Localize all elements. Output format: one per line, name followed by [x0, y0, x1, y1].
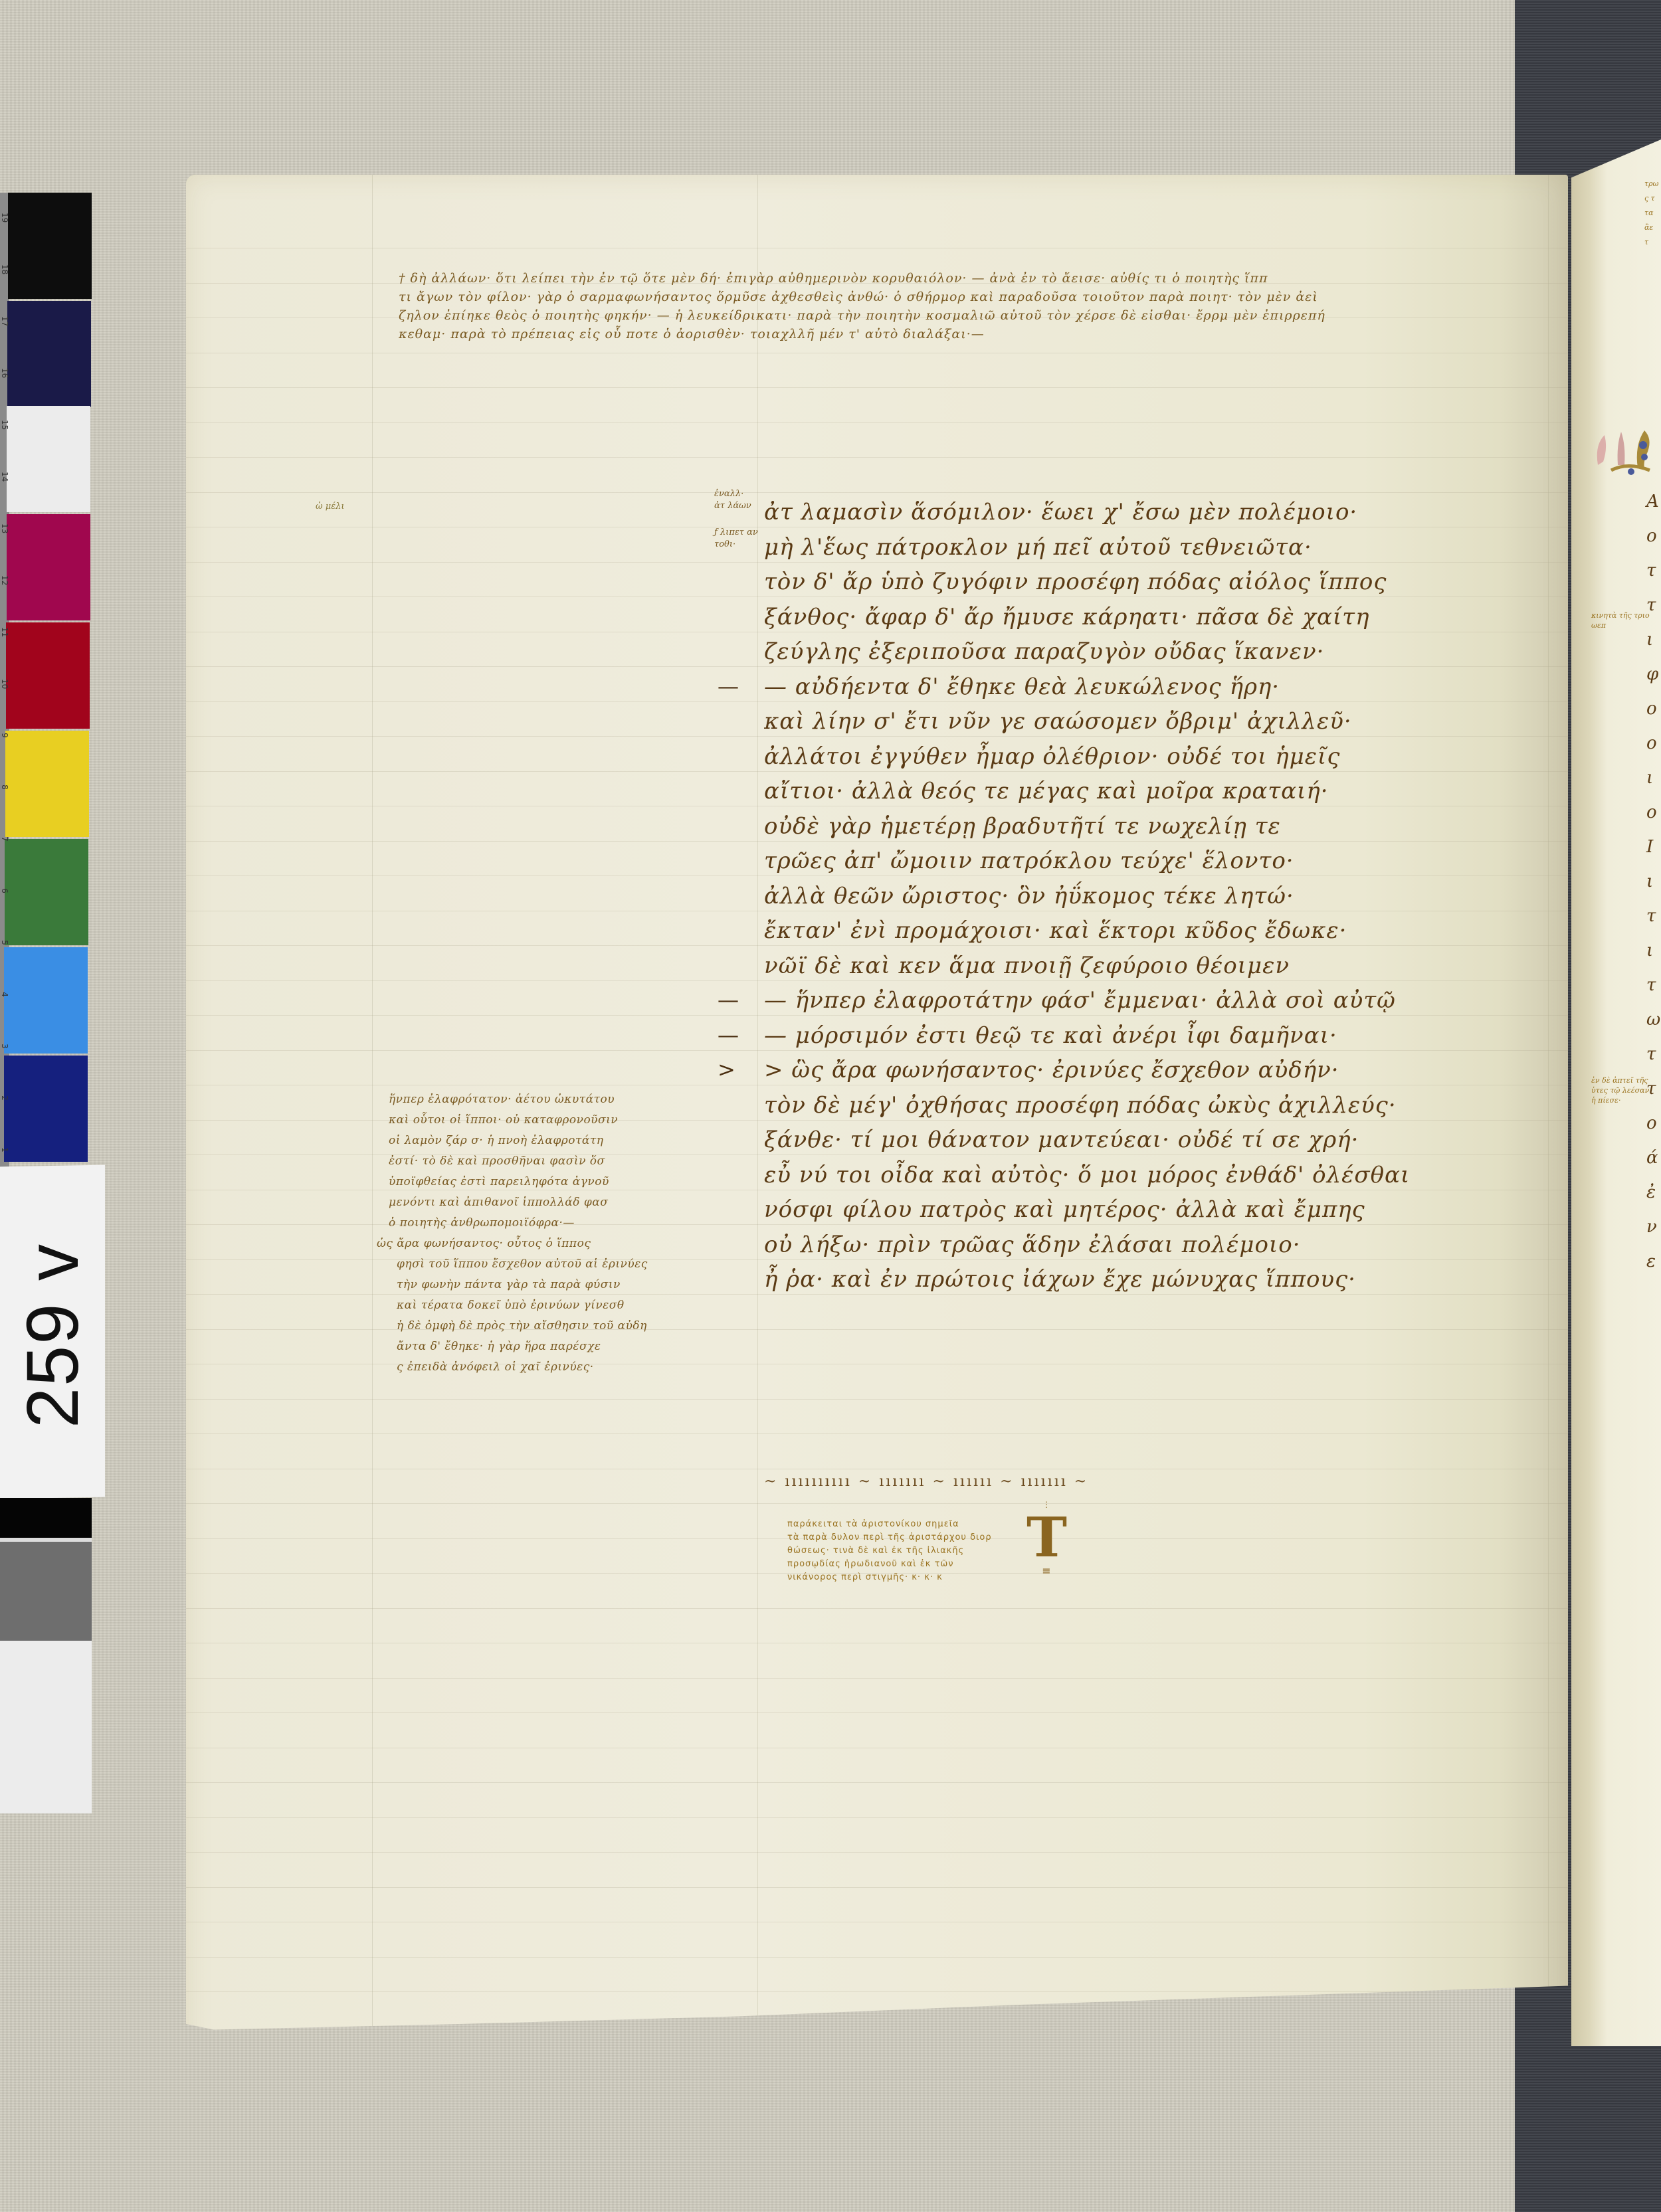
facing-line-start: Α — [1646, 492, 1659, 511]
scholia-top-block: † δὴ ἀλλάων· ὅτι λείπει τὴν ἐν τῷ ὅτε μὲ… — [399, 269, 1541, 343]
facing-line-start: ο — [1646, 699, 1657, 719]
facing-line-start: ι — [1646, 630, 1653, 650]
illuminated-initial: T — [1026, 1515, 1066, 1561]
facing-line-start: ο — [1646, 1113, 1657, 1133]
facing-gloss: κινητὰ τῆς τριο — [1591, 611, 1650, 620]
ruling-line — [186, 457, 1568, 458]
verse-line: αἴτιοι· ἀλλὰ θεός τε μέγας καὶ μοῖρα κρα… — [764, 774, 1535, 809]
facing-line-start: ο — [1646, 733, 1657, 753]
ruler-tick: 19 — [0, 213, 9, 222]
facing-gloss: ωεπ — [1591, 621, 1606, 630]
scholia-line: † δὴ ἀλλάων· ὅτι λείπει τὴν ἐν τῷ ὅτε μὲ… — [399, 269, 1541, 288]
scholia-line: ἡ δὲ ὀμφὴ δὲ πρὸς τὴν αἴσθησιν τοῦ αὐδη — [397, 1316, 721, 1336]
facing-line-start: τ — [1646, 595, 1656, 615]
rubric-line: παράκειται τὰ ἀριστονίκου σημεῖα — [787, 1518, 1033, 1531]
verse-line: μὴ λ'ἕως πάτροκλον μή πεῖ αὐτοῦ τεθνειῶτ… — [764, 530, 1535, 565]
scholia-line: τι ἄγων τὸν φίλον· γὰρ ὁ σαρμαφωνήσαντος… — [399, 288, 1541, 306]
ruling-line — [186, 1852, 1568, 1853]
critical-sign: — — [718, 987, 739, 1012]
ruler-tick: 13 — [0, 523, 9, 533]
scholia-line: οἱ λαμὸν ζάρ σ· ἡ πνοὴ ἐλαφροτάτη — [389, 1131, 721, 1151]
facing-gloss: ἡ πίεσε· — [1591, 1096, 1620, 1105]
facing-line-start: ά — [1646, 1148, 1658, 1168]
verse-line: οὐ λήξω· πρὶν τρῶας ἅδην ἐλάσαι πολέμοιο… — [764, 1228, 1535, 1263]
ruling-line — [186, 1922, 1568, 1922]
main-text-block: ἀτ λαμασὶν ἅσόμιλον· ἕωει χ' ἔσω μὲν πολ… — [764, 495, 1535, 1297]
facing-line-start: τ — [1646, 906, 1656, 926]
scholia-line: ὡς ἄρα φωνήσαντος· οὗτος ὁ ἵππος — [377, 1234, 721, 1254]
scholia-line: ὁ ποιητὴς ἀνθρωπομοιϊόφρα·— — [389, 1213, 721, 1234]
verse-line: καὶ λίην σ' ἔτι νῦν γε σαώσομεν ὄβριμ' ἀ… — [764, 704, 1535, 739]
facing-gloss: ς τ — [1644, 194, 1655, 203]
color-patch-yellow — [5, 731, 89, 837]
verse-line: ἀλλὰ θεῶν ὤριστος· ὃν ἠΰκομος τέκε λητώ· — [764, 879, 1535, 914]
ruling-line — [186, 1817, 1568, 1818]
gloss-line: ἐναλλ· — [714, 488, 767, 500]
margin-ruling — [372, 175, 373, 2081]
verse-line: ζεύγλης ἐξεριποῦσα παραζυγὸν οὔδας ἵκανε… — [764, 634, 1535, 670]
ruling-line — [186, 1608, 1568, 1609]
verse-line: τὸν δὲ μέγ' ὀχθήσας προσέφη πόδας ὠκὺς ἀ… — [764, 1088, 1535, 1123]
folio-number-text: 259 v — [11, 1242, 96, 1428]
verse-line: ξάνθε· τί μοι θάνατον μαντεύεαι· οὐδέ τί… — [764, 1123, 1535, 1158]
color-patch-black — [8, 193, 92, 299]
ruling-line — [186, 248, 1568, 248]
verse-line: ξάνθος· ἄφαρ δ' ἄρ ἤμυσε κάρηατι· πᾶσα δ… — [764, 600, 1535, 635]
scholia-line: ζηλον ἐπίηκε θεὸς ὁ ποιητὴς φηκήν· — ἡ λ… — [399, 306, 1541, 325]
margin-ruling — [1548, 175, 1549, 2081]
scholia-line: καὶ οὗτοι οἱ ἵπποι· οὐ καταφρονοῦσιν — [389, 1110, 721, 1131]
ruler-tick: 11 — [0, 627, 9, 636]
verse-line: ἦ ῥα· καὶ ἐν πρώτοις ἰάχων ἔχε μώνυχας ἵ… — [764, 1262, 1535, 1297]
rubric-line: προσῳδίας ἡρωδιανοῦ καὶ ἐκ τῶν — [787, 1558, 1033, 1571]
gloss-line: ἀτ λάων — [714, 500, 767, 512]
color-patch-magenta — [7, 514, 90, 620]
ruling-line — [186, 1957, 1568, 1958]
ruler-tick: 8 — [0, 783, 9, 792]
ruling-line — [186, 1503, 1568, 1504]
ruling-line — [186, 1399, 1568, 1400]
scholia-line: ἥνπερ ἐλαφρότατον· ἀέτου ὠκυτάτου — [389, 1089, 721, 1110]
ruler-tick: 6 — [0, 886, 9, 895]
facing-line-start: τ — [1646, 975, 1656, 995]
verse-line: > ὣς ἄρα φωνήσαντος· ἐρινύες ἔσχεθον αὐδ… — [764, 1053, 1535, 1088]
calibration-separator — [0, 1538, 92, 1542]
facing-gloss: τ — [1644, 238, 1648, 247]
scholia-line: καὶ τέρατα δοκεῖ ὑπὸ ἐρινύων γίνεσθ — [397, 1295, 721, 1316]
scholia-left-block: ἥνπερ ἐλαφρότατον· ἀέτου ὠκυτάτουκαὶ οὗτ… — [389, 1089, 721, 1378]
illuminated-ornament-icon — [1591, 425, 1658, 478]
ruling-line — [186, 1433, 1568, 1434]
verse-line: εὖ νύ τοι οἶδα καὶ αὐτὸς· ὅ μοι μόρος ἐν… — [764, 1158, 1535, 1193]
color-patch-green — [5, 839, 88, 945]
facing-line-start: ι — [1646, 768, 1653, 788]
gloss-line: ƒ λιπετ αν — [714, 527, 767, 539]
ruling-line — [186, 1643, 1568, 1643]
scholia-line: τὴν φωνὴν πάντα γὰρ τὰ παρὰ φύσιν — [397, 1275, 721, 1295]
ruler-tick: 9 — [0, 731, 9, 740]
interlinear-gloss: ἐναλλ· ἀτ λάων ƒ λιπετ αν τοθι· — [714, 488, 767, 551]
ruler-tick: 17 — [0, 316, 9, 325]
ruler-tick: 12 — [0, 575, 9, 585]
facing-line-start: τ — [1646, 1044, 1656, 1064]
ruling-line — [186, 353, 1568, 353]
rubric-line: θώσεως· τινὰ δὲ καὶ ἐκ τῆς ἰλιακῆς — [787, 1544, 1033, 1558]
facing-line-start: φ — [1646, 664, 1658, 684]
verse-line: τρῶες ἀπ' ὤμοιιν πατρόκλου τεύχε' ἕλοντο… — [764, 844, 1535, 879]
verse-line: νῶϊ δὲ καὶ κεν ἅμα πνοιῇ ζεφύροιο θέοιμε… — [764, 949, 1535, 984]
facing-line-start: τ — [1646, 1079, 1656, 1099]
facing-gloss: ἂε — [1644, 223, 1653, 232]
verse-line: — αὐδήεντα δ' ἔθηκε θεὰ λευκώλενος ἥρη· — [764, 670, 1535, 705]
ruler-tick: 1 — [0, 1145, 9, 1154]
facing-line-start: ο — [1646, 526, 1657, 546]
rubric-line: τὰ παρὰ δυλον περὶ τῆς ἀριστάρχου διορ — [787, 1531, 1033, 1544]
critical-sign: > — [718, 1057, 735, 1082]
color-patch-cyan-blue — [4, 947, 88, 1054]
ruling-line — [186, 1678, 1568, 1679]
ruler-tick: 16 — [0, 368, 9, 377]
initial-ornament-bottom: ≡ — [1040, 1564, 1053, 1577]
ruler-tick: 2 — [0, 1093, 9, 1103]
margin-ruling — [757, 175, 758, 2081]
ruler-tick: 5 — [0, 938, 9, 947]
folio-number-label: 259 v — [7, 1209, 100, 1461]
facing-line-start: ι — [1646, 872, 1653, 891]
ruling-line — [186, 1712, 1568, 1713]
section-divider: ~ ıııııııııı ~ ııııııı ~ ıııııı ~ ıııııı… — [764, 1473, 1521, 1490]
color-patch-white — [7, 406, 90, 512]
facing-line-start: Ι — [1646, 837, 1653, 857]
ruling-line — [186, 1887, 1568, 1888]
ruler-tick: 7 — [0, 834, 9, 844]
facing-line-start: ι — [1646, 941, 1653, 961]
critical-sign: — — [718, 674, 739, 699]
ruling-line — [186, 1748, 1568, 1748]
scholia-line: ἐστί· τὸ δὲ καὶ προσθῆναι φασὶν ὅσ — [389, 1151, 721, 1172]
verse-line: οὐδὲ γὰρ ἡμετέρῃ βραδυτῆτί τε νωχελίῃ τε — [764, 809, 1535, 844]
facing-line-start: ω — [1646, 1010, 1660, 1030]
verse-line: ἔκταν' ἐνὶ προμάχοισι· καὶ ἕκτορι κῦδος … — [764, 913, 1535, 949]
scholia-line: ἄντα δ' ἔθηκε· ἡ γὰρ ἥρα παρέσχε — [397, 1336, 721, 1357]
facing-line-start: ν — [1646, 1217, 1657, 1237]
ruler-tick: 15 — [0, 420, 9, 429]
verse-line: — μόρσιμόν ἐστι θεῷ τε καὶ ἀνέρι ἶφι δαμ… — [764, 1018, 1535, 1054]
verse-line: ἀτ λαμασὶν ἅσόμιλον· ἕωει χ' ἔσω μὲν πολ… — [764, 495, 1535, 530]
scholia-line: ς ἐπειδὰ ἀνόφειλ οἱ χαῖ ἐρινύες· — [397, 1357, 721, 1378]
verse-line: νόσφι φίλου πατρὸς καὶ μητέρος· ἀλλὰ καὶ… — [764, 1192, 1535, 1228]
rubric-line: νικάνορος περὶ στιγμῆς· κ· κ· κ — [787, 1571, 1033, 1584]
ruling-line — [186, 422, 1568, 423]
facing-line-start: τ — [1646, 561, 1656, 581]
scholia-line: ὑποϊφθείας ἐστὶ παρειληφότα ἀγνοῦ — [389, 1172, 721, 1192]
facing-gloss: τα — [1644, 209, 1654, 218]
critical-sign: — — [718, 1022, 739, 1048]
marginal-note-far: ὡ μέλι — [316, 502, 345, 511]
facing-line-start: ε — [1646, 1251, 1656, 1271]
ruling-line — [186, 1469, 1568, 1469]
facing-gloss: ὑτες τῷ λεέσαν — [1591, 1086, 1649, 1095]
color-patch-navy — [7, 301, 91, 407]
color-patch-blue — [4, 1056, 88, 1162]
ruling-line — [186, 1782, 1568, 1783]
ruler-tick: 18 — [0, 264, 9, 274]
verse-line: ἀλλάτοι ἐγγύθεν ἦμαρ ὀλέθριον· οὐδέ τοι … — [764, 739, 1535, 775]
calibration-bar-gray — [0, 1541, 92, 1641]
ruler-tick: 10 — [0, 679, 9, 688]
facing-gloss: ἐν δὲ ἀπτεῖ τῆς — [1591, 1076, 1648, 1085]
ruler-tick: 3 — [0, 1042, 9, 1051]
ruling-line — [186, 492, 1568, 493]
ruling-line — [186, 1991, 1568, 1992]
facing-line-start: ἐ — [1646, 1182, 1656, 1202]
facing-gloss: τρω — [1644, 179, 1659, 189]
rubric-block: παράκειται τὰ ἀριστονίκου σημεῖατὰ παρὰ … — [787, 1518, 1033, 1584]
ruling-line — [186, 387, 1568, 388]
verse-line: τὸν δ' ἄρ ὑπὸ ζυγόφιν προσέφη πόδας αἰόλ… — [764, 565, 1535, 600]
verse-line: — ἥνπερ ἐλαφροτάτην φάσ' ἔμμεναι· ἀλλὰ σ… — [764, 983, 1535, 1018]
scholia-line: φησὶ τοῦ ἵππου ἔσχεθον αὐτοῦ αἱ ἐρινύες — [397, 1254, 721, 1275]
gloss-line: τοθι· — [714, 539, 767, 551]
ruler-tick: 14 — [0, 472, 9, 481]
facing-line-start: ο — [1646, 802, 1657, 822]
ruler-tick: 4 — [0, 990, 9, 999]
color-patch-red — [6, 622, 90, 729]
calibration-bar-white — [0, 1641, 92, 1813]
scholia-line: κεθαμ· παρὰ τὸ πρέπειας εἰς οὗ ποτε ὁ ἀο… — [399, 325, 1541, 343]
calibration-bar-black — [0, 1498, 92, 1538]
scholia-line: μενόντι καὶ ἀπιθανοῖ ἱππολλάδ φασ — [389, 1192, 721, 1213]
